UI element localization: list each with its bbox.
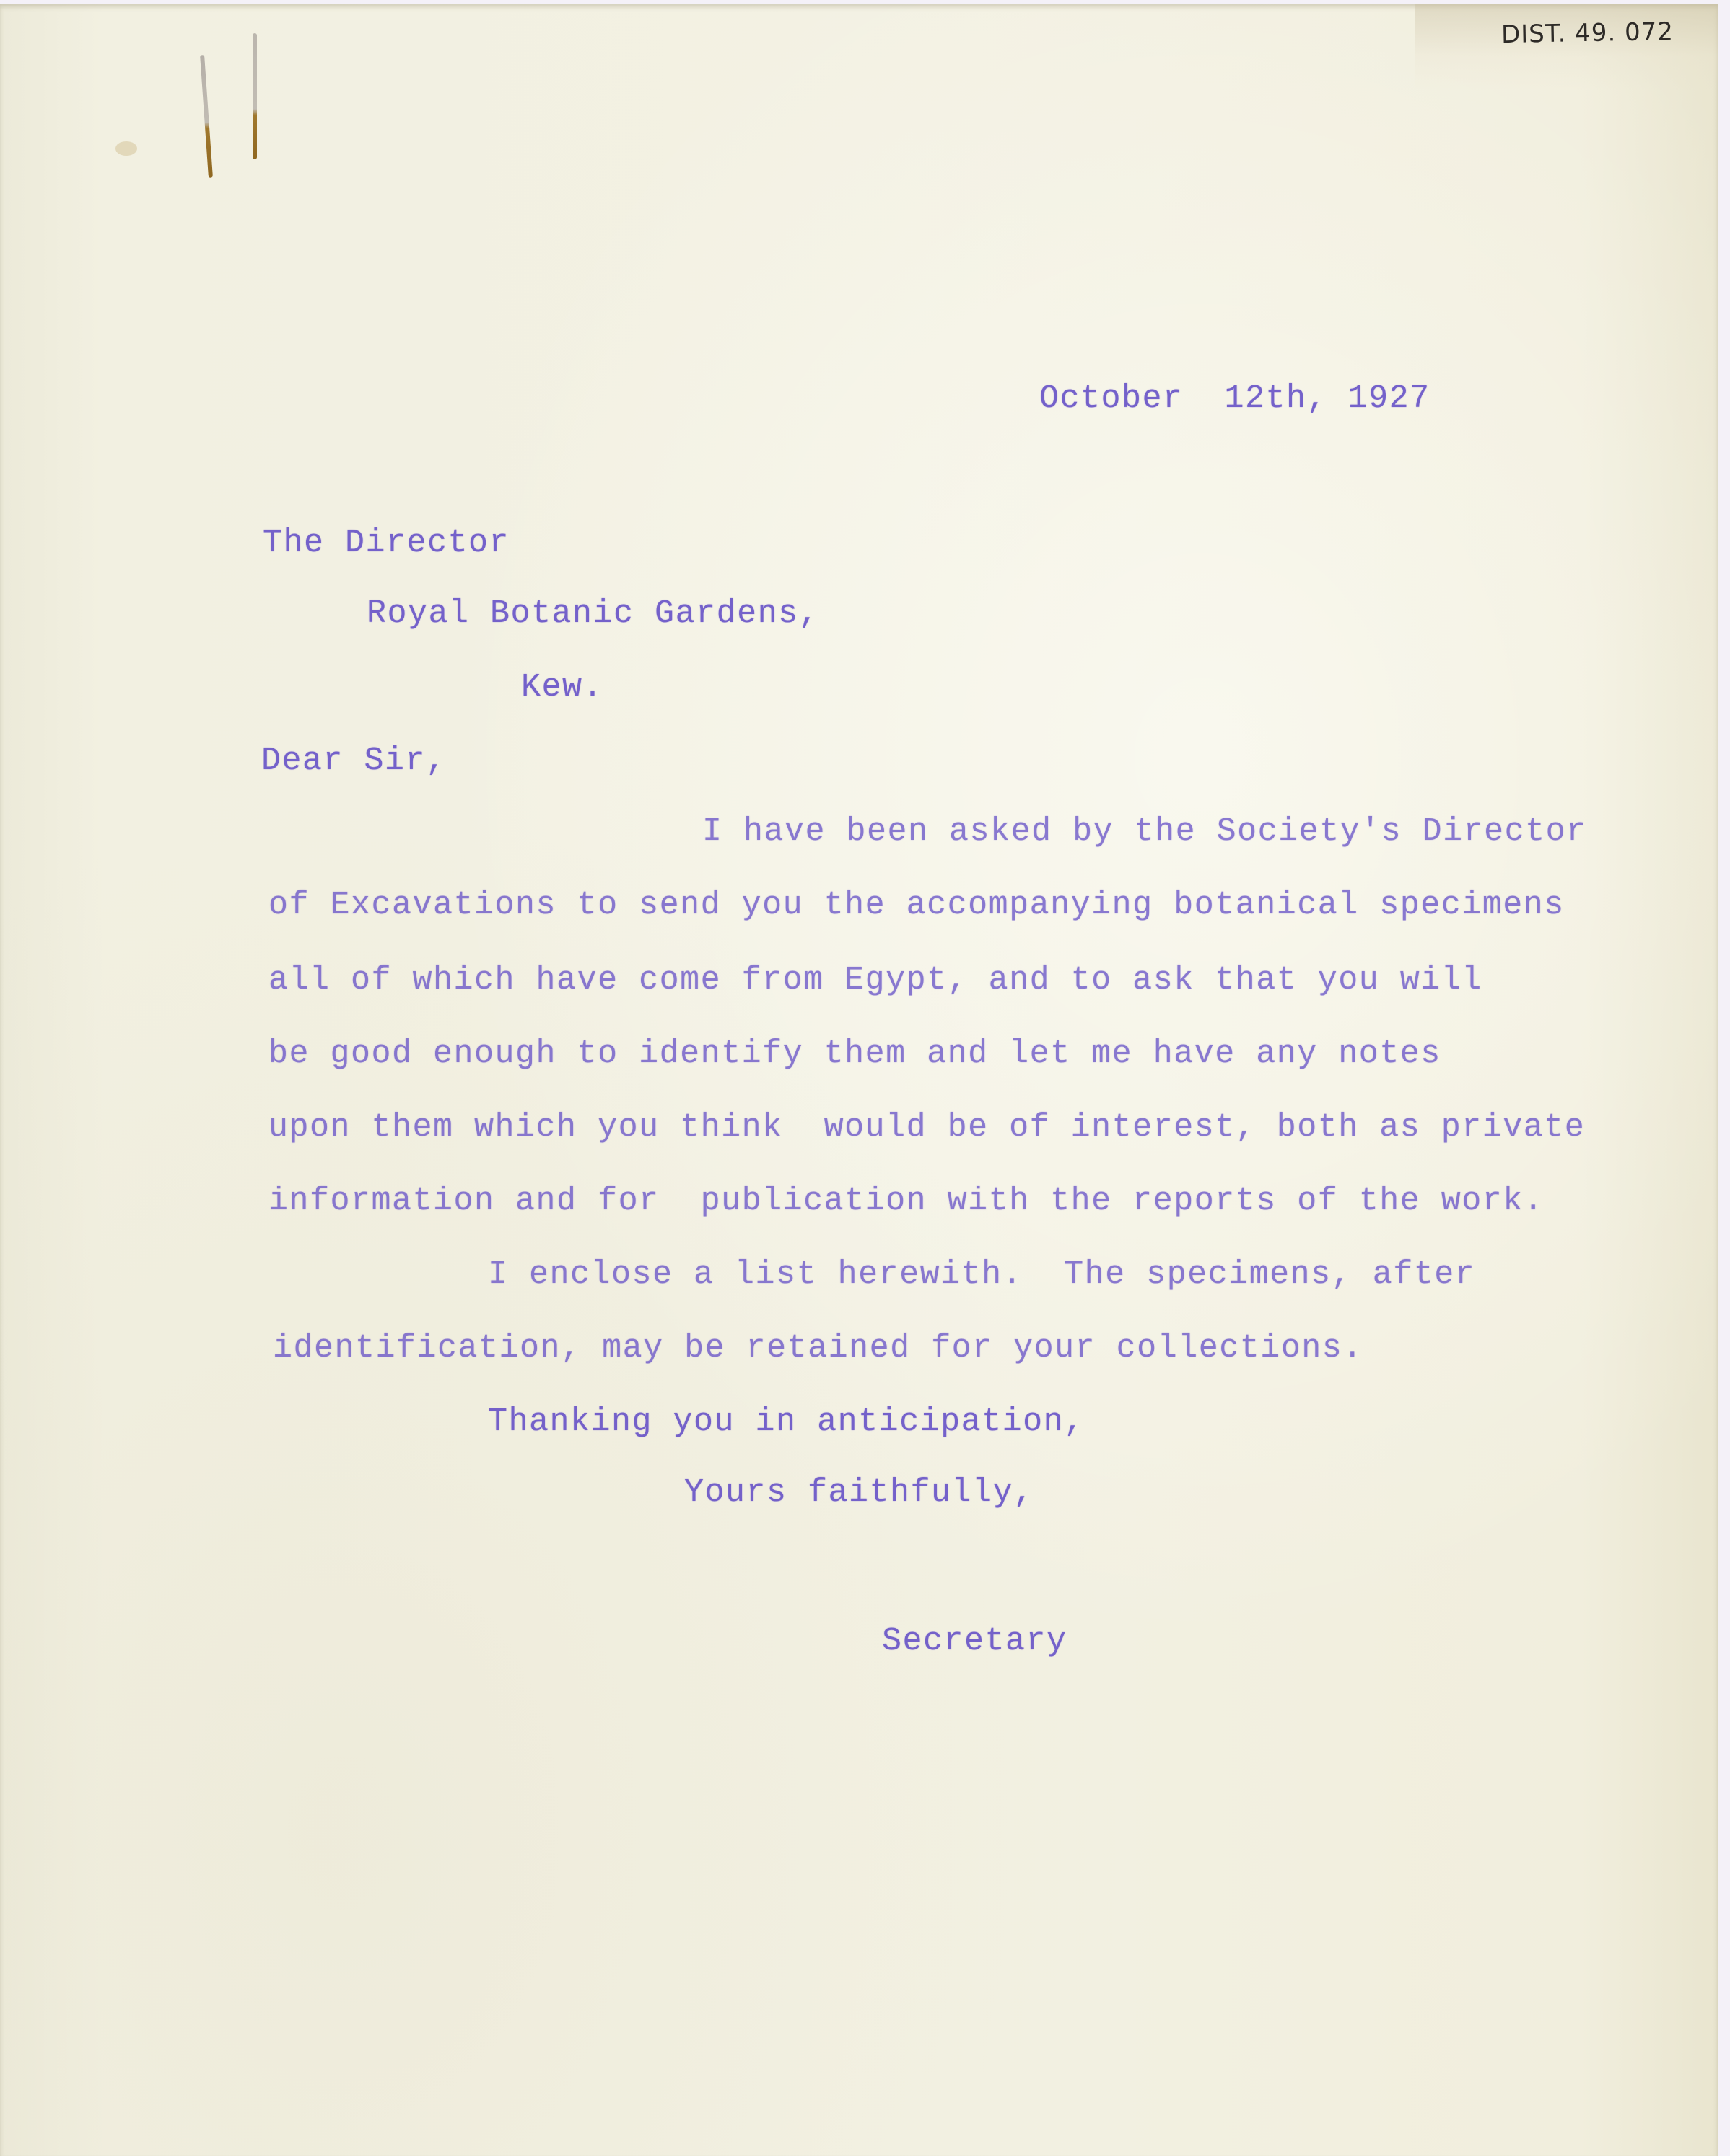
body-line: identification, may be retained for your… xyxy=(273,1332,1363,1364)
body-line: be good enough to identify them and let … xyxy=(268,1038,1441,1070)
letter-page: DIST. 49. 072 October 12th, 1927 The Dir… xyxy=(0,4,1718,2156)
body-line: upon them which you think would be of in… xyxy=(268,1111,1585,1144)
recipient-line-2: Royal Botanic Gardens, xyxy=(367,597,819,630)
staple-mark-right xyxy=(253,33,257,159)
body-line: of Excavations to send you the accompany… xyxy=(268,889,1565,921)
paper-stain xyxy=(115,141,137,156)
staple-mark-left xyxy=(200,55,213,178)
archive-reference-number: DIST. 49. 072 xyxy=(1501,17,1674,49)
body-line: information and for publication with the… xyxy=(268,1185,1544,1217)
body-line: I have been asked by the Society's Direc… xyxy=(702,815,1587,848)
signature-title: Secretary xyxy=(882,1625,1067,1657)
closing-line-2: Yours faithfully, xyxy=(684,1476,1034,1509)
letter-date: October 12th, 1927 xyxy=(1039,382,1430,415)
recipient-line-1: The Director xyxy=(263,527,510,559)
body-line: all of which have come from Egypt, and t… xyxy=(268,964,1482,996)
recipient-line-3: Kew. xyxy=(521,671,603,704)
body-line: I enclose a list herewith. The specimens… xyxy=(488,1258,1475,1291)
closing-line-1: Thanking you in anticipation, xyxy=(488,1406,1085,1438)
salutation: Dear Sir, xyxy=(261,745,447,777)
